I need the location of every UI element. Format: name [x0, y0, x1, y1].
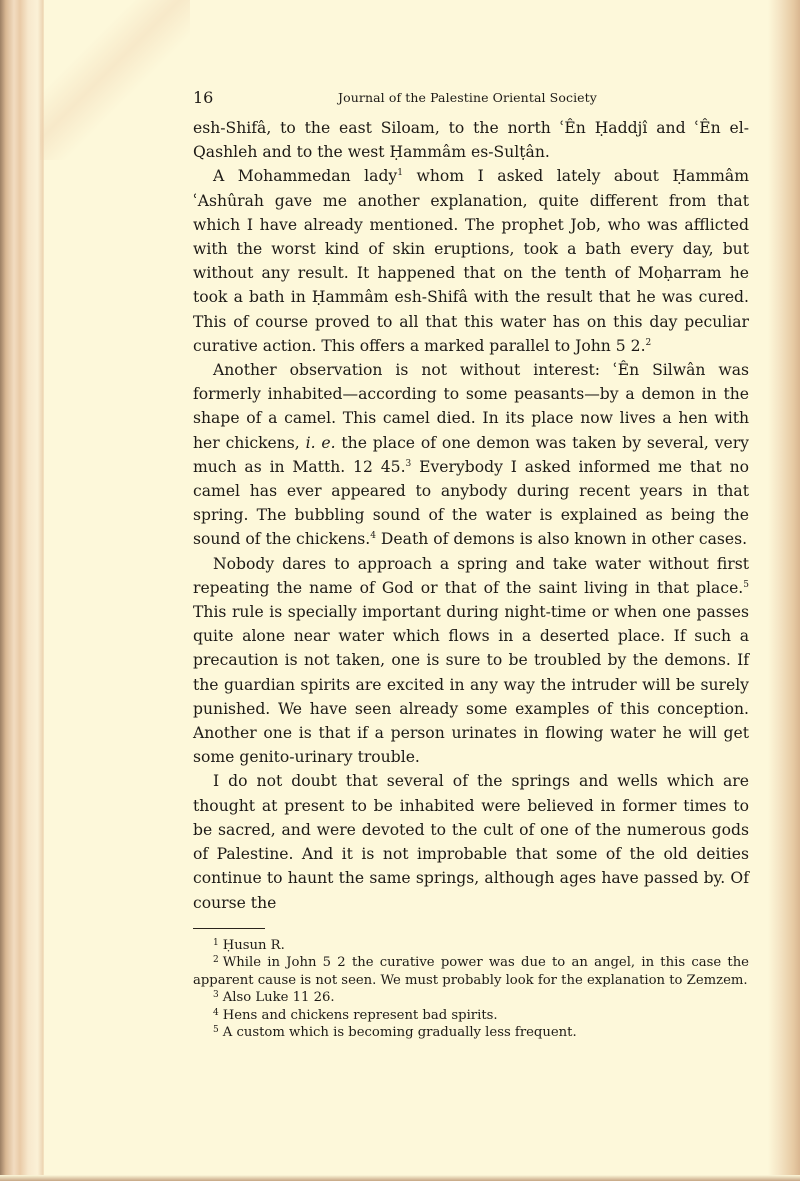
footnote-2: 2While in John 5 2 the curative power wa… [193, 954, 749, 989]
paragraph-3: Another observation is not without inter… [193, 358, 749, 552]
footnote-4: 4Hens and chickens represent bad spirits… [193, 1007, 749, 1025]
footnote-ref-2[interactable]: 2 [646, 338, 652, 348]
footnote-text: Ḥusun R. [223, 938, 285, 953]
paragraph-2: A Mohammedan lady1 whom I asked lately a… [193, 164, 749, 358]
paragraph-2-text-a: A Mohammedan lady [213, 167, 397, 185]
italic-ie: i. e. [306, 434, 336, 452]
footnote-3: 3Also Luke 11 26. [193, 989, 749, 1007]
paragraph-5-text: I do not doubt that several of the sprin… [193, 772, 749, 911]
book-binding-edge [0, 0, 28, 1181]
paragraph-5: I do not doubt that several of the sprin… [193, 769, 749, 914]
paragraph-2-text-b: whom I asked lately about Ḥammâm ʿAshûra… [193, 167, 749, 354]
footnote-text: Also Luke 11 26. [223, 990, 335, 1005]
footnote-number: 5 [213, 1025, 219, 1035]
scanned-page: 16 Journal of the Palestine Oriental Soc… [0, 0, 800, 1181]
paragraph-4-text-a: Nobody dares to approach a spring and ta… [193, 555, 749, 597]
running-head: 16 Journal of the Palestine Oriental Soc… [193, 88, 749, 112]
page-content: 16 Journal of the Palestine Oriental Soc… [193, 88, 749, 1042]
footnote-text: A custom which is becoming gradually les… [223, 1025, 577, 1040]
journal-title: Journal of the Palestine Oriental Societ… [338, 90, 597, 105]
page-number: 16 [193, 88, 213, 107]
footnote-1: 1Ḥusun R. [193, 937, 749, 955]
paragraph-1: esh-Shifâ, to the east Siloam, to the no… [193, 116, 749, 164]
paragraph-4-text-b: This rule is specially important during … [193, 603, 749, 766]
footnote-ref-5[interactable]: 5 [743, 580, 749, 590]
page-bottom-edge [0, 1175, 800, 1181]
footnote-text: Hens and chickens represent bad spirits. [223, 1008, 498, 1023]
footnote-number: 4 [213, 1008, 219, 1018]
body-text: esh-Shifâ, to the east Siloam, to the no… [193, 116, 749, 915]
footnote-5: 5A custom which is becoming gradually le… [193, 1024, 749, 1042]
footnote-number: 3 [213, 990, 219, 1000]
page-stack-edge [28, 0, 44, 1181]
footnote-number: 1 [213, 938, 219, 948]
page-right-edge [768, 0, 800, 1181]
paragraph-4: Nobody dares to approach a spring and ta… [193, 552, 749, 770]
paragraph-3-text-d: Death of demons is also known in other c… [376, 530, 747, 548]
paragraph-1-text: esh-Shifâ, to the east Siloam, to the no… [193, 119, 749, 161]
paper-fold-shadow [40, 0, 190, 160]
footnote-text: While in John 5 2 the curative power was… [193, 955, 749, 988]
footnote-number: 2 [213, 955, 219, 965]
footnote-divider [193, 928, 265, 929]
footnotes: 1Ḥusun R. 2While in John 5 2 the curativ… [193, 937, 749, 1042]
